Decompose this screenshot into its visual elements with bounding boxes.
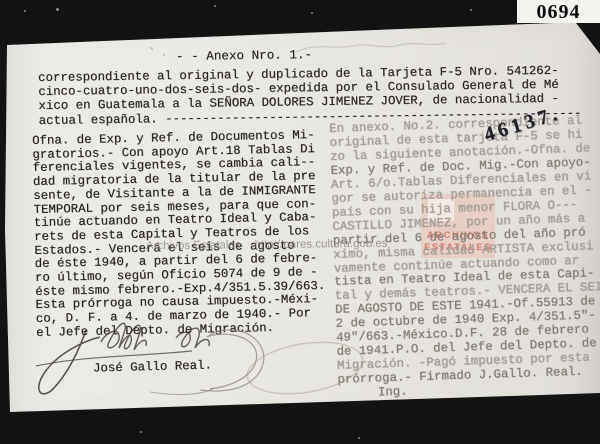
signature-real xyxy=(176,328,209,348)
handwriting-layer xyxy=(0,0,600,444)
signature-gallo xyxy=(101,323,146,350)
scan-mark xyxy=(150,47,165,56)
signature-underline xyxy=(36,351,192,366)
signature-flourish-tail xyxy=(150,388,214,395)
signature-flourish xyxy=(200,330,264,391)
archive-folio-number: 0694 xyxy=(537,2,581,22)
pencil-scribble xyxy=(296,43,446,52)
archive-folio-box: 0694 xyxy=(517,0,600,23)
scanned-archive-page: { "frame": { "archive_number": "0694" },… xyxy=(0,0,600,444)
signature-initial-j xyxy=(39,330,100,394)
